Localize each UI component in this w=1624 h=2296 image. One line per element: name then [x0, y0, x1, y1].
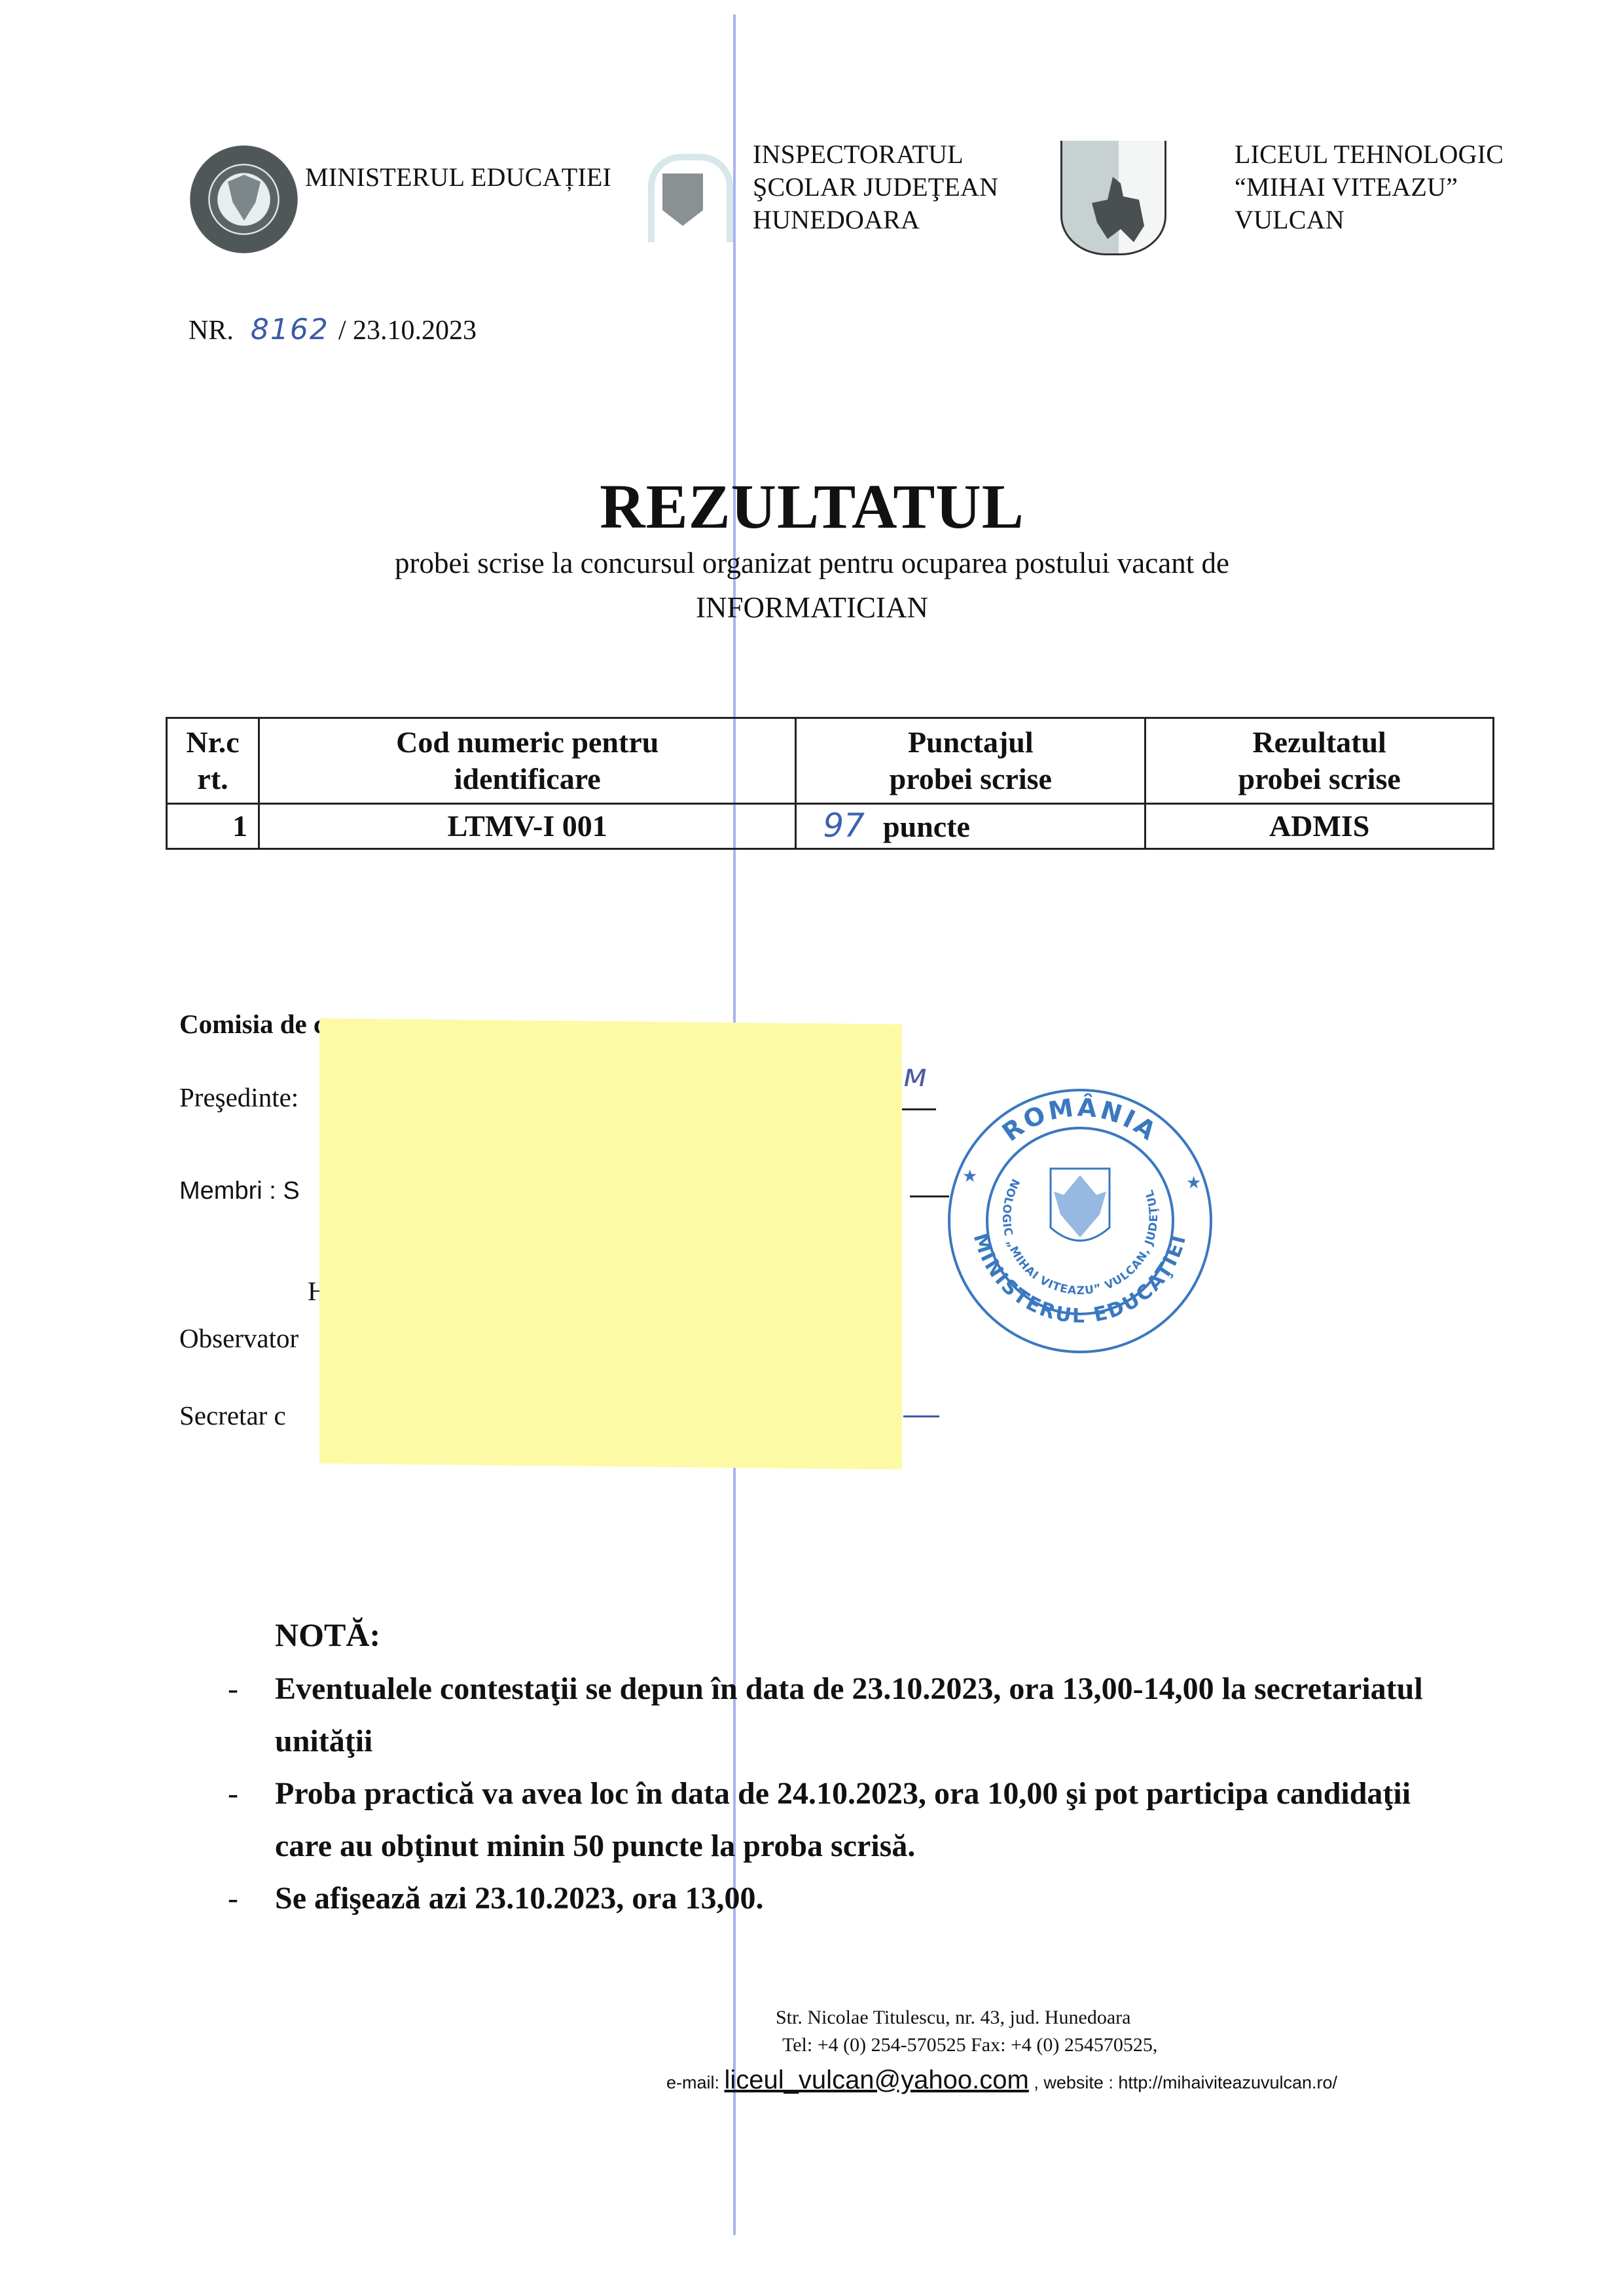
table-header-row: Nr.crt. Cod numeric pentruidentificare P… — [167, 718, 1494, 804]
email-link[interactable]: liceul_vulcan@yahoo.com — [725, 2066, 1029, 2094]
note-item: -Se afişează azi 23.10.2023, ora 13,00. — [223, 1872, 1466, 1925]
handwritten-score: 97 — [823, 807, 865, 845]
school-crest-logo — [1060, 141, 1166, 255]
president-label: Preşedinte: — [179, 1082, 298, 1113]
eagle-icon — [228, 175, 261, 221]
svg-text:★: ★ — [962, 1167, 977, 1186]
school-name: LICEUL TEHNOLOGIC “MIHAI VITEAZU” VULCAN — [1235, 138, 1504, 236]
inspectorate-name: INSPECTORATUL ŞCOLAR JUDEŢEAN HUNEDOARA — [753, 138, 998, 236]
results-table: Nr.crt. Cod numeric pentruidentificare P… — [166, 717, 1494, 850]
cell-score: 97puncte — [796, 804, 1146, 849]
coat-of-arms-icon — [1054, 1175, 1106, 1237]
members-label: Membri : S — [179, 1177, 300, 1205]
footer-address: Str. Nicolae Titulescu, nr. 43, jud. Hun… — [776, 2007, 1130, 2029]
svg-text:MINISTERUL EDUCAŢIEI: MINISTERUL EDUCAŢIEI — [969, 1231, 1191, 1328]
note-list: -Eventualele contestaţii se depun în dat… — [223, 1663, 1466, 1925]
official-stamp: ROMÂNIA MINISTERUL EDUCAŢIEI LICEUL TEHN… — [943, 1084, 1218, 1358]
footer-phone: Tel: +4 (0) 254-570525 Fax: +4 (0) 25457… — [782, 2034, 1157, 2056]
ministry-name: MINISTERUL EDUCAȚIEI — [305, 161, 611, 194]
cell-result: ADMIS — [1146, 804, 1494, 849]
signature-mark: ᴍ — [903, 1057, 927, 1094]
registration-number: NR.8162/ 23.10.2023 — [189, 313, 477, 346]
table-row: 1 LTMV-I 001 97puncte ADMIS — [167, 804, 1494, 849]
redaction-sticky-note — [319, 1018, 902, 1469]
handwritten-number: 8162 — [251, 313, 329, 346]
svg-text:★: ★ — [1186, 1173, 1201, 1193]
cell-code: LTMV-I 001 — [259, 804, 796, 849]
svg-text:ROMÂNIA: ROMÂNIA — [997, 1093, 1163, 1147]
note-item: -Proba practică va avea loc în data de 2… — [223, 1768, 1466, 1872]
observer-label: Observator — [179, 1322, 298, 1354]
header-nr: Nr.crt. — [167, 718, 259, 804]
footer-contact: e-mail: liceul_vulcan@yahoo.com , websit… — [666, 2066, 1337, 2095]
website-link[interactable]: , website : http://mihaiviteazuvulcan.ro… — [1034, 2073, 1337, 2092]
horse-rider-icon — [1092, 177, 1144, 242]
signature-line — [903, 1415, 939, 1417]
note-title: NOTĂ: — [275, 1616, 380, 1654]
inspectorate-logo — [648, 147, 733, 242]
header-score: Punctajulprobei scrise — [796, 718, 1146, 804]
page-subtitle: probei scrise la concursul organizat pen… — [0, 541, 1624, 630]
note-item: -Eventualele contestaţii se depun în dat… — [223, 1663, 1466, 1768]
page-title: REZULTATUL — [0, 470, 1624, 543]
header-result: Rezultatulprobei scrise — [1146, 718, 1494, 804]
cell-nr: 1 — [167, 804, 259, 849]
government-seal-logo — [190, 145, 298, 253]
secretary-label: Secretar c — [179, 1400, 286, 1431]
header-code: Cod numeric pentruidentificare — [259, 718, 796, 804]
